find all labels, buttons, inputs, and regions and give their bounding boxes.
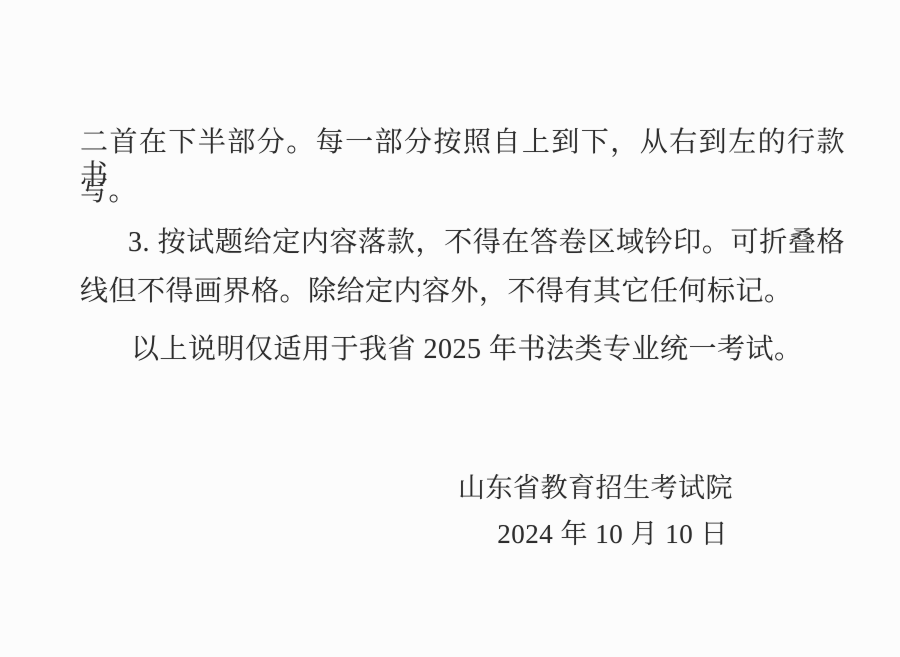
paragraph-note-line-1: 以上说明仅适用于我省 2025 年书法类专业统一考试。 [131,333,803,366]
paragraph-continuation-line-2: 写。 [80,175,137,208]
scanned-document-page: 二首在下半部分。每一部分按照自上到下，从右到左的行款书 写。 3. 按试题给定内… [0,0,900,657]
paragraph-item3-line-1: 3. 按试题给定内容落款，不得在答卷区域钤印。可折叠格 [128,226,845,259]
issue-date: 2024 年 10 月 10 日 [497,518,728,550]
paragraph-continuation-line-1: 二首在下半部分。每一部分按照自上到下，从右到左的行款书 [80,126,845,192]
issuer-signature: 山东省教育招生考试院 [458,472,733,504]
paragraph-item3-line-2: 线但不得画界格。除给定内容外，不得有其它任何标记。 [80,275,793,308]
